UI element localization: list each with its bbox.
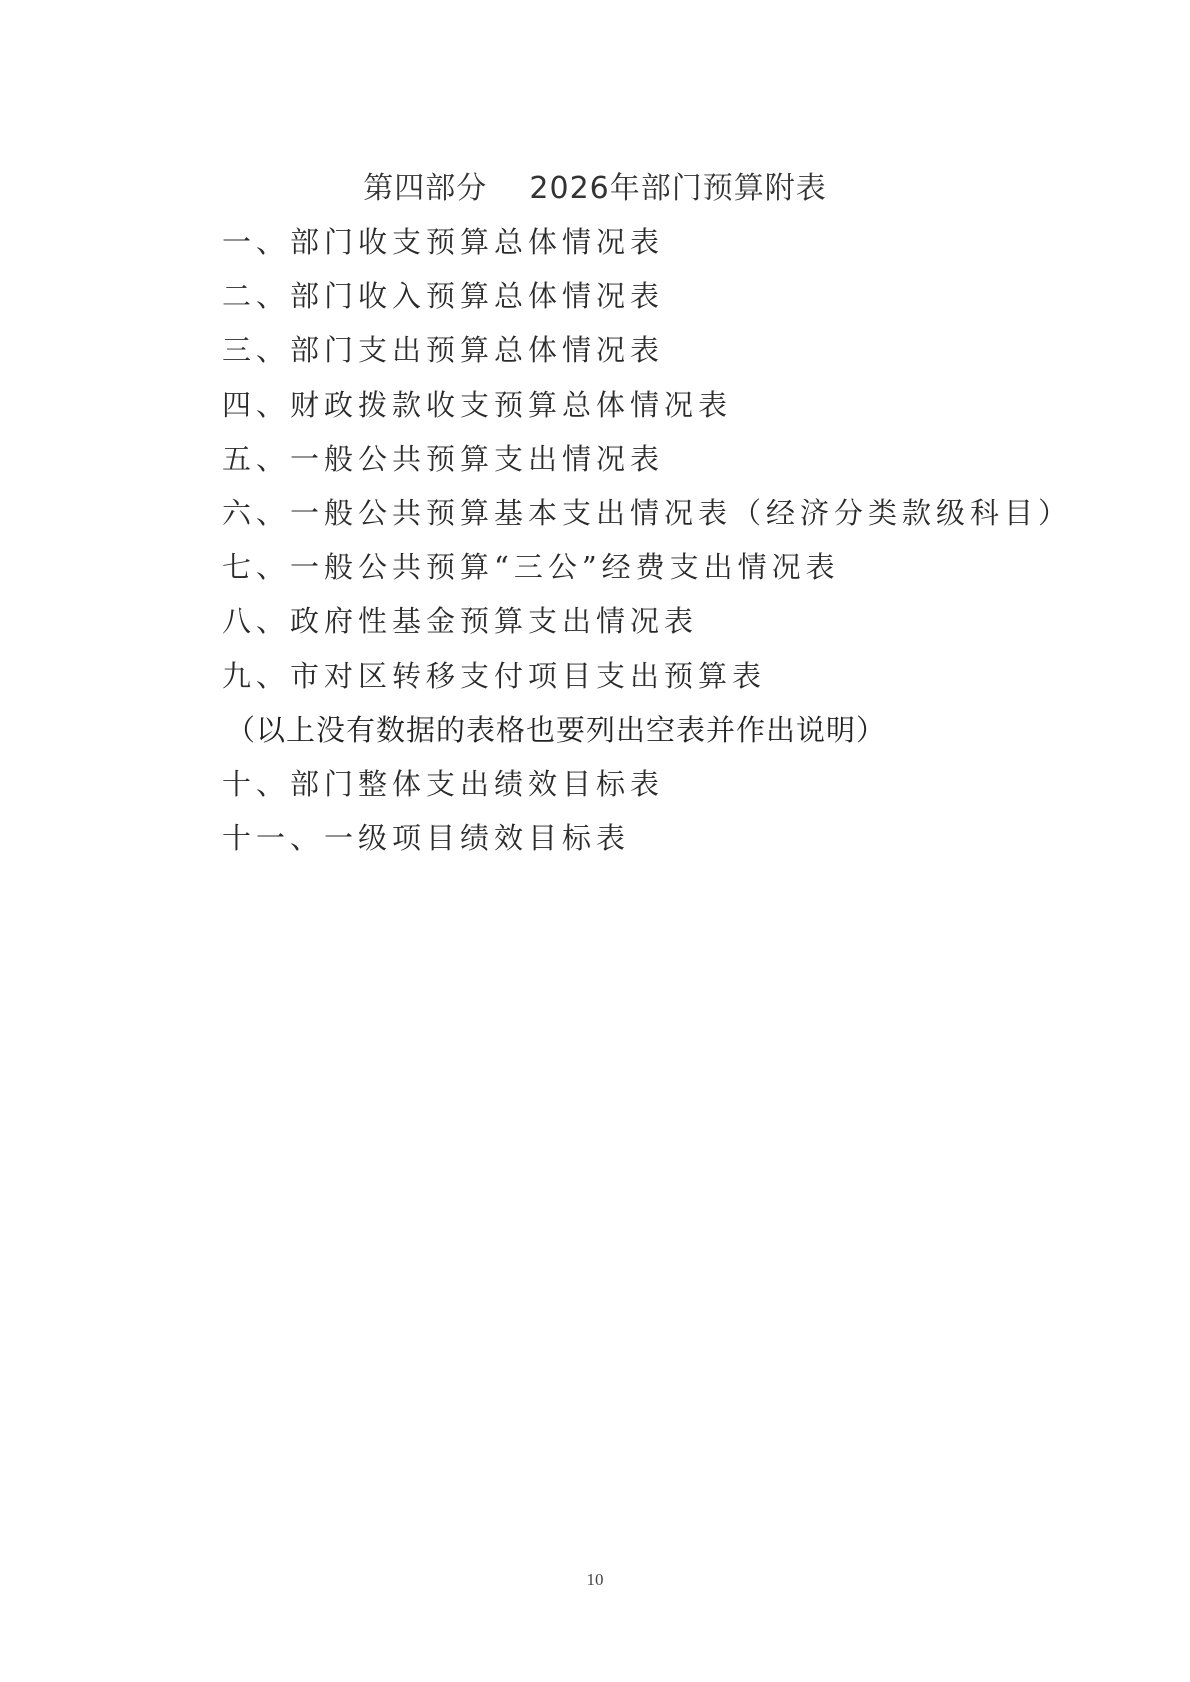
item-text: 一般公共预算支出情况表 — [290, 442, 664, 476]
item-text: 一级项目绩效目标表 — [324, 821, 630, 855]
list-item: 十一、一级项目绩效目标表 — [222, 811, 1072, 865]
item-number: 三、 — [222, 333, 290, 367]
item-text: 一般公共预算基本支出情况表（经济分类款级科目） — [290, 496, 1072, 530]
item-number: 四、 — [222, 388, 290, 422]
item-text: 部门收入预算总体情况表 — [290, 279, 664, 313]
appendix-table-list: 一、部门收支预算总体情况表 二、部门收入预算总体情况表 三、部门支出预算总体情况… — [222, 215, 1072, 865]
item-text: 政府性基金预算支出情况表 — [290, 604, 698, 638]
list-item: 四、财政拨款收支预算总体情况表 — [222, 378, 1072, 432]
item-number: 八、 — [222, 604, 290, 638]
list-item: 六、一般公共预算基本支出情况表（经济分类款级科目） — [222, 486, 1072, 540]
item-text: 财政拨款收支预算总体情况表 — [290, 388, 732, 422]
item-number: 一、 — [222, 225, 290, 259]
item-text: 市对区转移支付项目支出预算表 — [290, 659, 766, 693]
item-text: 部门支出预算总体情况表 — [290, 333, 664, 367]
item-number: 五、 — [222, 442, 290, 476]
item-text: 部门整体支出绩效目标表 — [290, 767, 664, 801]
list-item: 七、一般公共预算“三公”经费支出情况表 — [222, 540, 1072, 594]
page-number: 10 — [0, 1570, 1190, 1590]
item-number: 七、 — [222, 550, 290, 584]
list-item: 二、部门收入预算总体情况表 — [222, 269, 1072, 323]
list-item: 九、市对区转移支付项目支出预算表 — [222, 649, 1072, 703]
item-number: 十、 — [222, 767, 290, 801]
list-item: 一、部门收支预算总体情况表 — [222, 215, 1072, 269]
item-text: 部门收支预算总体情况表 — [290, 225, 664, 259]
item-number: 六、 — [222, 496, 290, 530]
item-number: 十一、 — [222, 821, 324, 855]
list-item: 十、部门整体支出绩效目标表 — [222, 757, 1072, 811]
empty-table-note: （以上没有数据的表格也要列出空表并作出说明） — [226, 703, 1072, 757]
list-item: 三、部门支出预算总体情况表 — [222, 323, 1072, 377]
page-title: 第四部分 2026年部门预算附表 — [0, 163, 1190, 207]
item-number: 二、 — [222, 279, 290, 313]
list-item: 五、一般公共预算支出情况表 — [222, 432, 1072, 486]
item-number: 九、 — [222, 659, 290, 693]
list-item: 八、政府性基金预算支出情况表 — [222, 594, 1072, 648]
item-text: 一般公共预算“三公”经费支出情况表 — [290, 550, 840, 584]
